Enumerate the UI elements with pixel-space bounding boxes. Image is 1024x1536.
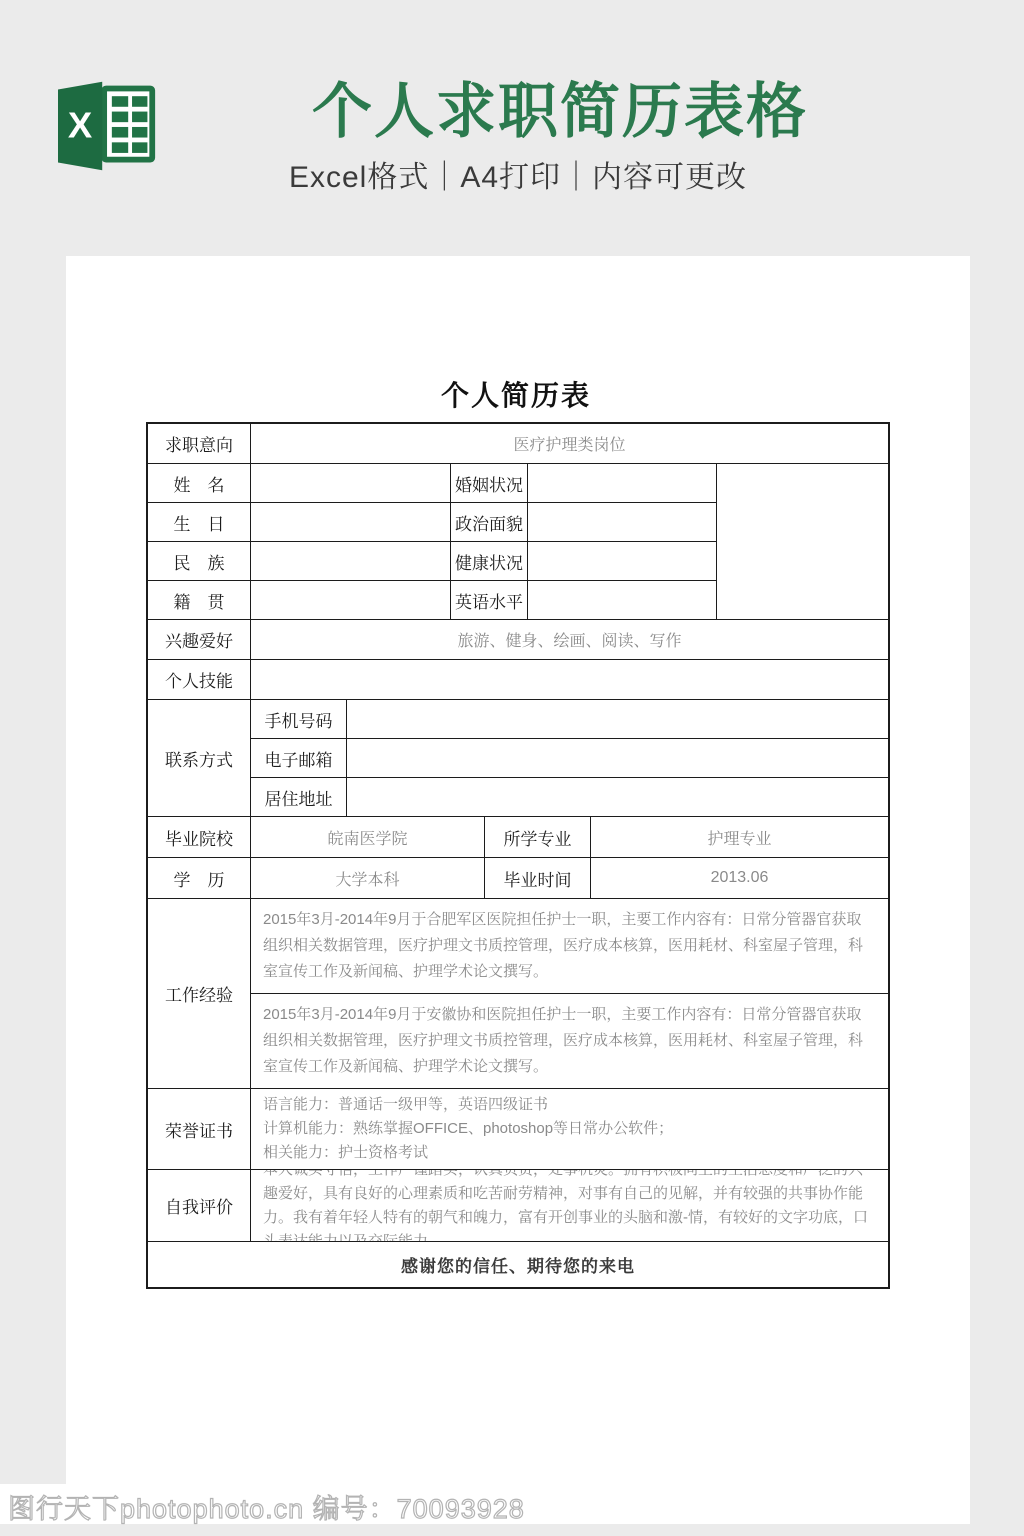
- thanks-footer: 感谢您的信任、期待您的来电: [148, 1242, 888, 1287]
- address-value: [347, 778, 888, 817]
- self-evaluation-cell: 本人诚实守信，工作严谨踏实，认真负责，处事机灵。拥有积极向上的生活态度和广泛的兴…: [251, 1170, 888, 1242]
- svg-text:X: X: [68, 105, 93, 146]
- self-evaluation-label: 自我评价: [148, 1170, 251, 1242]
- political-label: 政治面貌: [451, 503, 528, 542]
- birthday-label: 生 日: [148, 503, 251, 542]
- name-label: 姓 名: [148, 464, 251, 503]
- ethnicity-value: [251, 542, 451, 581]
- skills-label: 个人技能: [148, 660, 251, 700]
- address-label: 居住地址: [251, 778, 347, 817]
- name-value: [251, 464, 451, 503]
- marital-label: 婚姻状况: [451, 464, 528, 503]
- phone-value: [347, 700, 888, 739]
- marital-value: [528, 464, 717, 503]
- honors-label: 荣誉证书: [148, 1089, 251, 1170]
- grad-time-label: 毕业时间: [485, 858, 591, 899]
- work-experience-text-1: 2015年3月-2014年9月于合肥军区医院担任护士一职，主要工作内容有：日常分…: [251, 901, 888, 991]
- school-value: 皖南医学院: [251, 817, 485, 858]
- honors-line: 相关能力：护士资格考试: [263, 1141, 876, 1165]
- contact-label: 联系方式: [148, 700, 251, 817]
- hobbies-label: 兴趣爱好: [148, 620, 251, 660]
- site-watermark: 图行天下photophoto.cn 编号：70093928: [8, 1487, 525, 1526]
- hobbies-value: 旅游、健身、绘画、阅读、写作: [251, 620, 888, 660]
- skills-value: [251, 660, 888, 700]
- email-label: 电子邮箱: [251, 739, 347, 778]
- political-value: [528, 503, 717, 542]
- resume-table: 求职意向 医疗护理类岗位 姓 名 婚姻状况 生 日 政治面貌 民 族 健康状况 …: [146, 422, 890, 1289]
- major-value: 护理专业: [591, 817, 888, 858]
- photo-cell: [717, 464, 888, 620]
- work-experience-item: 2015年3月-2014年9月于安徽协和医院担任护士一职，主要工作内容有：日常分…: [251, 994, 888, 1089]
- job-intention-label: 求职意向: [148, 424, 251, 464]
- resume-page: 个人简历表 求职意向 医疗护理类岗位 姓 名 婚姻状况 生 日 政治面貌 民 族…: [66, 256, 970, 1524]
- major-label: 所学专业: [485, 817, 591, 858]
- honors-line: 语言能力：普通话一级甲等，英语四级证书: [263, 1093, 876, 1117]
- grad-time-value: 2013.06: [591, 858, 888, 899]
- degree-label: 学 历: [148, 858, 251, 899]
- honors-line: 计算机能力：熟练掌握OFFICE、photoshop等日常办公软件；: [263, 1117, 876, 1141]
- email-value: [347, 739, 888, 778]
- health-label: 健康状况: [451, 542, 528, 581]
- birthday-value: [251, 503, 451, 542]
- work-experience-text-2: 2015年3月-2014年9月于安徽协和医院担任护士一职，主要工作内容有：日常分…: [251, 996, 888, 1086]
- self-evaluation-text: 本人诚实守信，工作严谨踏实，认真负责，处事机灵。拥有积极向上的生活态度和广泛的兴…: [251, 1170, 888, 1242]
- english-level-label: 英语水平: [451, 581, 528, 620]
- honors-lines: 语言能力：普通话一级甲等，英语四级证书 计算机能力：熟练掌握OFFICE、pho…: [251, 1091, 888, 1167]
- health-value: [528, 542, 717, 581]
- honors-cell: 语言能力：普通话一级甲等，英语四级证书 计算机能力：熟练掌握OFFICE、pho…: [251, 1089, 888, 1170]
- native-place-label: 籍 贯: [148, 581, 251, 620]
- school-label: 毕业院校: [148, 817, 251, 858]
- native-place-value: [251, 581, 451, 620]
- work-experience-item: 2015年3月-2014年9月于合肥军区医院担任护士一职，主要工作内容有：日常分…: [251, 899, 888, 994]
- ethnicity-label: 民 族: [148, 542, 251, 581]
- degree-value: 大学本科: [251, 858, 485, 899]
- app-subtitle: Excel格式｜A4打印｜内容可更改: [78, 152, 958, 196]
- english-level-value: [528, 581, 717, 620]
- phone-label: 手机号码: [251, 700, 347, 739]
- app-title: 个人求职简历表格: [120, 76, 1000, 148]
- job-intention-value: 医疗护理类岗位: [251, 424, 888, 464]
- work-experience-label: 工作经验: [148, 899, 251, 1089]
- resume-title: 个人简历表: [146, 374, 886, 414]
